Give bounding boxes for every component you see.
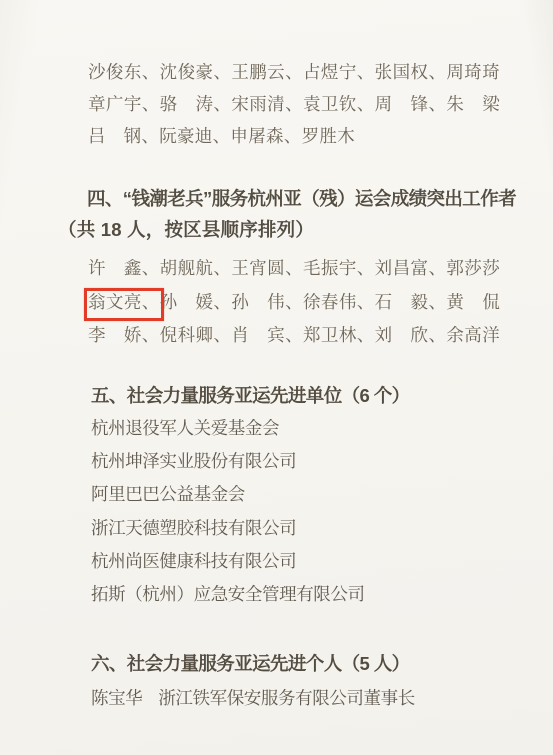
section5-unit: 浙江天德塑胶科技有限公司 — [91, 518, 296, 538]
section5-unit: 拓斯（杭州）应急安全管理有限公司 — [91, 584, 365, 604]
section5-heading: 五、社会力量服务亚运先进单位（6 个） — [91, 385, 410, 406]
section5-unit: 杭州退役军人关爱基金会 — [91, 418, 279, 438]
section5-unit: 杭州坤泽实业股份有限公司 — [91, 451, 296, 471]
section6-entry: 陈宝华浙江铁军保安服务有限公司董事长 — [91, 688, 415, 708]
section6-heading: 六、社会力量服务亚运先进个人（5 人） — [91, 653, 410, 674]
person-title: 浙江铁军保安服务有限公司董事长 — [158, 688, 415, 708]
section5-unit: 阿里巴巴公益基金会 — [91, 484, 245, 504]
person-name: 陈宝华 — [91, 688, 142, 708]
section5-unit: 杭州尚医健康科技有限公司 — [91, 551, 296, 571]
section4-heading-note: （共 18 人，按区县顺序排列） — [58, 219, 314, 240]
section4-names-line-1: 许 鑫、胡舰航、王宵圆、毛振宇、刘昌富、郭莎莎 — [88, 258, 500, 278]
intro-names-line-1: 沙俊东、沈俊豪、王鹏云、占煜宁、张国权、周琦琦 — [88, 62, 500, 82]
intro-names-line-2: 章广宇、骆 涛、宋雨清、袁卫钦、周 锋、朱 梁 — [88, 94, 500, 114]
section4-heading: 四、“钱潮老兵”服务杭州亚（残）运会成绩突出工作者 — [87, 188, 516, 209]
intro-names-line-3: 吕 钢、阮豪迪、申屠森、罗胜木 — [88, 126, 355, 146]
document-page: 沙俊东、沈俊豪、王鹏云、占煜宁、张国权、周琦琦 章广宇、骆 涛、宋雨清、袁卫钦、… — [0, 0, 553, 755]
section4-names-line-3: 李 娇、倪科卿、肖 宾、郑卫林、刘 欣、余高洋 — [88, 325, 500, 345]
highlight-box — [84, 288, 164, 321]
